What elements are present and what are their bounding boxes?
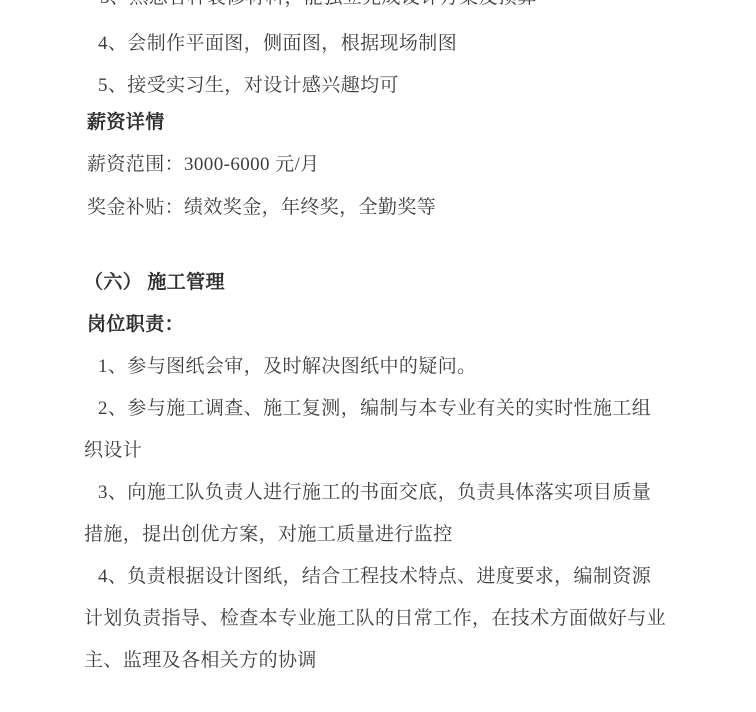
duty-item-4-line-2: 计划负责指导、检查本专业施工队的日常工作，在技术方面做好与业 bbox=[84, 608, 666, 629]
document-page: 3、熟悉各种装修材料，能独立完成设计方案及预算 4、会制作平面图，侧面图，根据现… bbox=[0, 0, 756, 712]
duty-item-4-line-3: 主、监理及各相关方的协调 bbox=[84, 650, 317, 671]
duty-item-2-line-2: 织设计 bbox=[84, 440, 142, 461]
duty-item-1: 1、参与图纸会审，及时解决图纸中的疑问。 bbox=[84, 356, 477, 377]
duty-item-4-line-1: 4、负责根据设计图纸，结合工程技术特点、进度要求，编制资源 bbox=[84, 566, 651, 587]
job-duties-heading: 岗位职责： bbox=[84, 314, 184, 335]
requirement-item-5: 5、接受实习生，对设计感兴趣均可 bbox=[84, 75, 399, 96]
duty-item-3-line-2: 措施，提出创优方案，对施工质量进行监控 bbox=[84, 524, 453, 545]
duty-item-2-line-1: 2、参与施工调查、施工复测，编制与本专业有关的实时性施工组 bbox=[84, 398, 651, 419]
duty-item-3-line-1: 3、向施工队负责人进行施工的书面交底，负责具体落实项目质量 bbox=[84, 482, 651, 503]
requirement-item-4: 4、会制作平面图，侧面图，根据现场制图 bbox=[84, 33, 457, 54]
section-six-heading: （六） 施工管理 bbox=[84, 272, 225, 293]
salary-bonus-line: 奖金补贴：绩效奖金，年终奖，全勤奖等 bbox=[84, 197, 436, 218]
salary-range-line: 薪资范围：3000-6000 元/月 bbox=[84, 154, 320, 175]
salary-details-heading: 薪资详情 bbox=[84, 112, 165, 133]
clipped-text-line: 3、熟悉各种装修材料，能独立完成设计方案及预算 bbox=[100, 0, 537, 8]
